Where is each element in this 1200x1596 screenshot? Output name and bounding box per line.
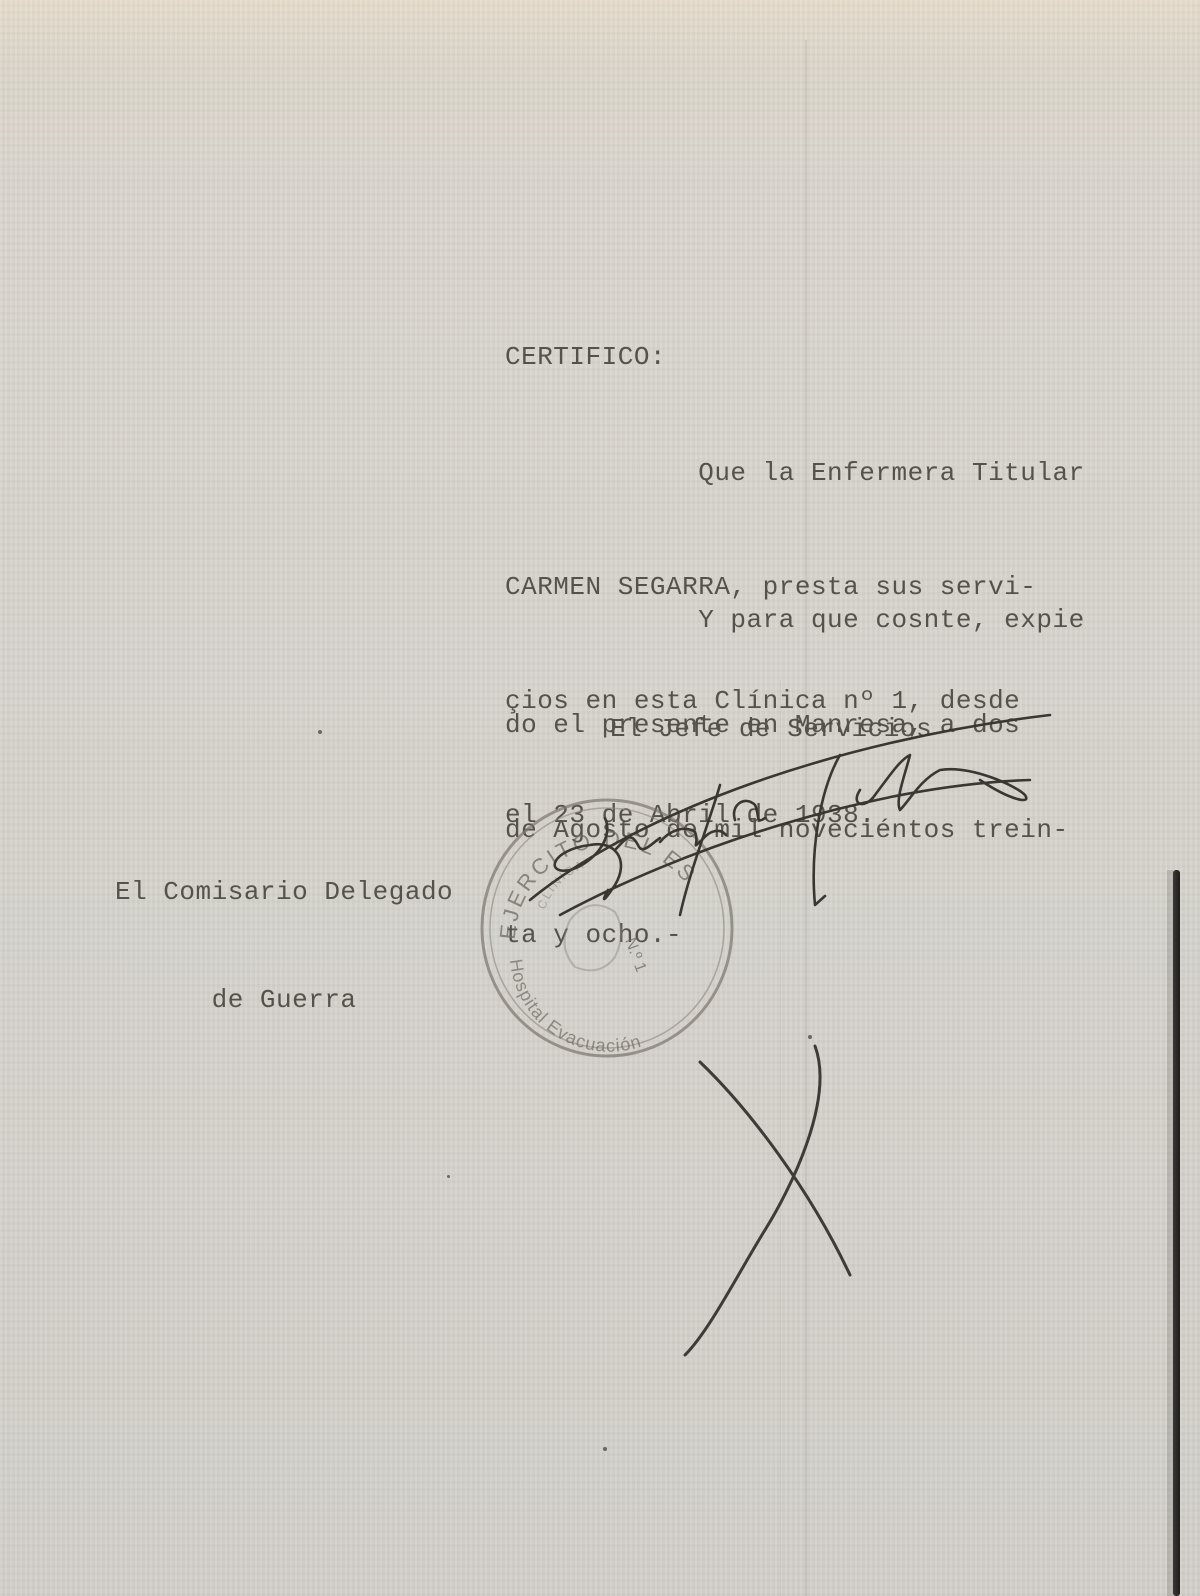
certificate-heading: CERTIFICO: <box>505 338 666 376</box>
text-line: de Guerra <box>115 982 453 1018</box>
handwritten-x-mark <box>660 1040 900 1360</box>
handwritten-signature <box>520 700 1080 930</box>
page-edge <box>1173 870 1180 1596</box>
text-line: El Comisario Delegado <box>115 874 453 910</box>
text-line: Y para que cosnte, expie <box>505 603 1085 638</box>
ink-speck <box>447 1175 450 1178</box>
ink-speck <box>318 730 322 734</box>
signatory-comisario: El Comisario Delegado de Guerra <box>115 802 453 1054</box>
ink-speck <box>603 1447 607 1451</box>
stamp-outer-bottom: Hospital Evacuación <box>506 958 644 1056</box>
svg-text:Hospital Evacuación: Hospital Evacuación <box>506 958 644 1056</box>
ink-speck <box>808 1035 812 1039</box>
stamp-number: N.º 1 <box>621 936 649 975</box>
text-line: Que la Enfermera Titular <box>505 454 1085 492</box>
